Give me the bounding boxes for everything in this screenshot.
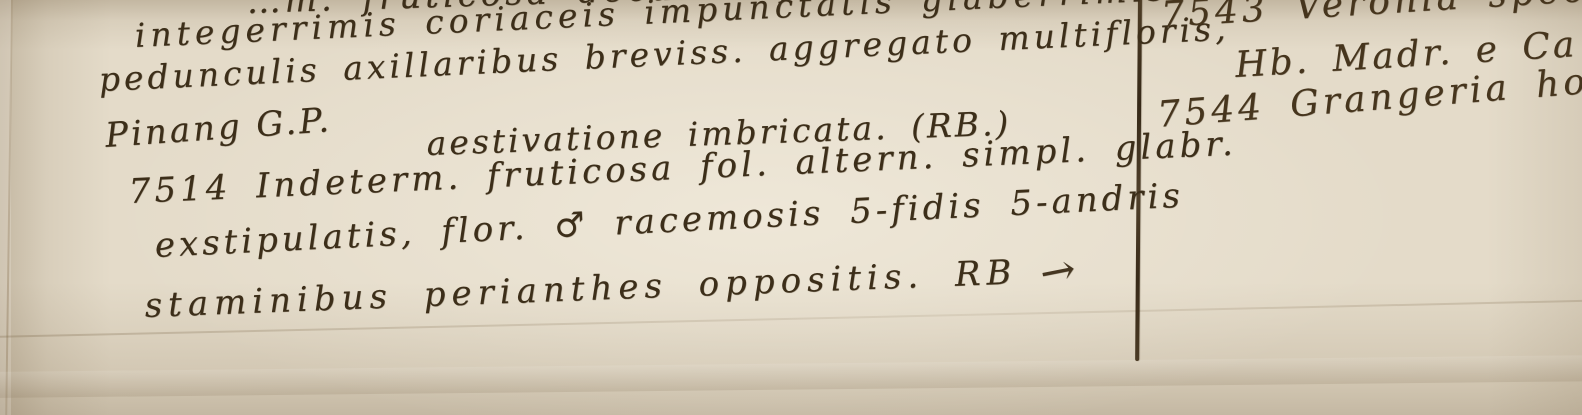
locality-annotation: Pinang G.P.: [104, 102, 333, 155]
manuscript-scan: …m. fruticosa decumb. fol. altern. integ…: [0, 0, 1582, 415]
arrow-ink-mark: →: [1036, 245, 1079, 297]
paper-bottom-shadow: [0, 355, 1582, 398]
